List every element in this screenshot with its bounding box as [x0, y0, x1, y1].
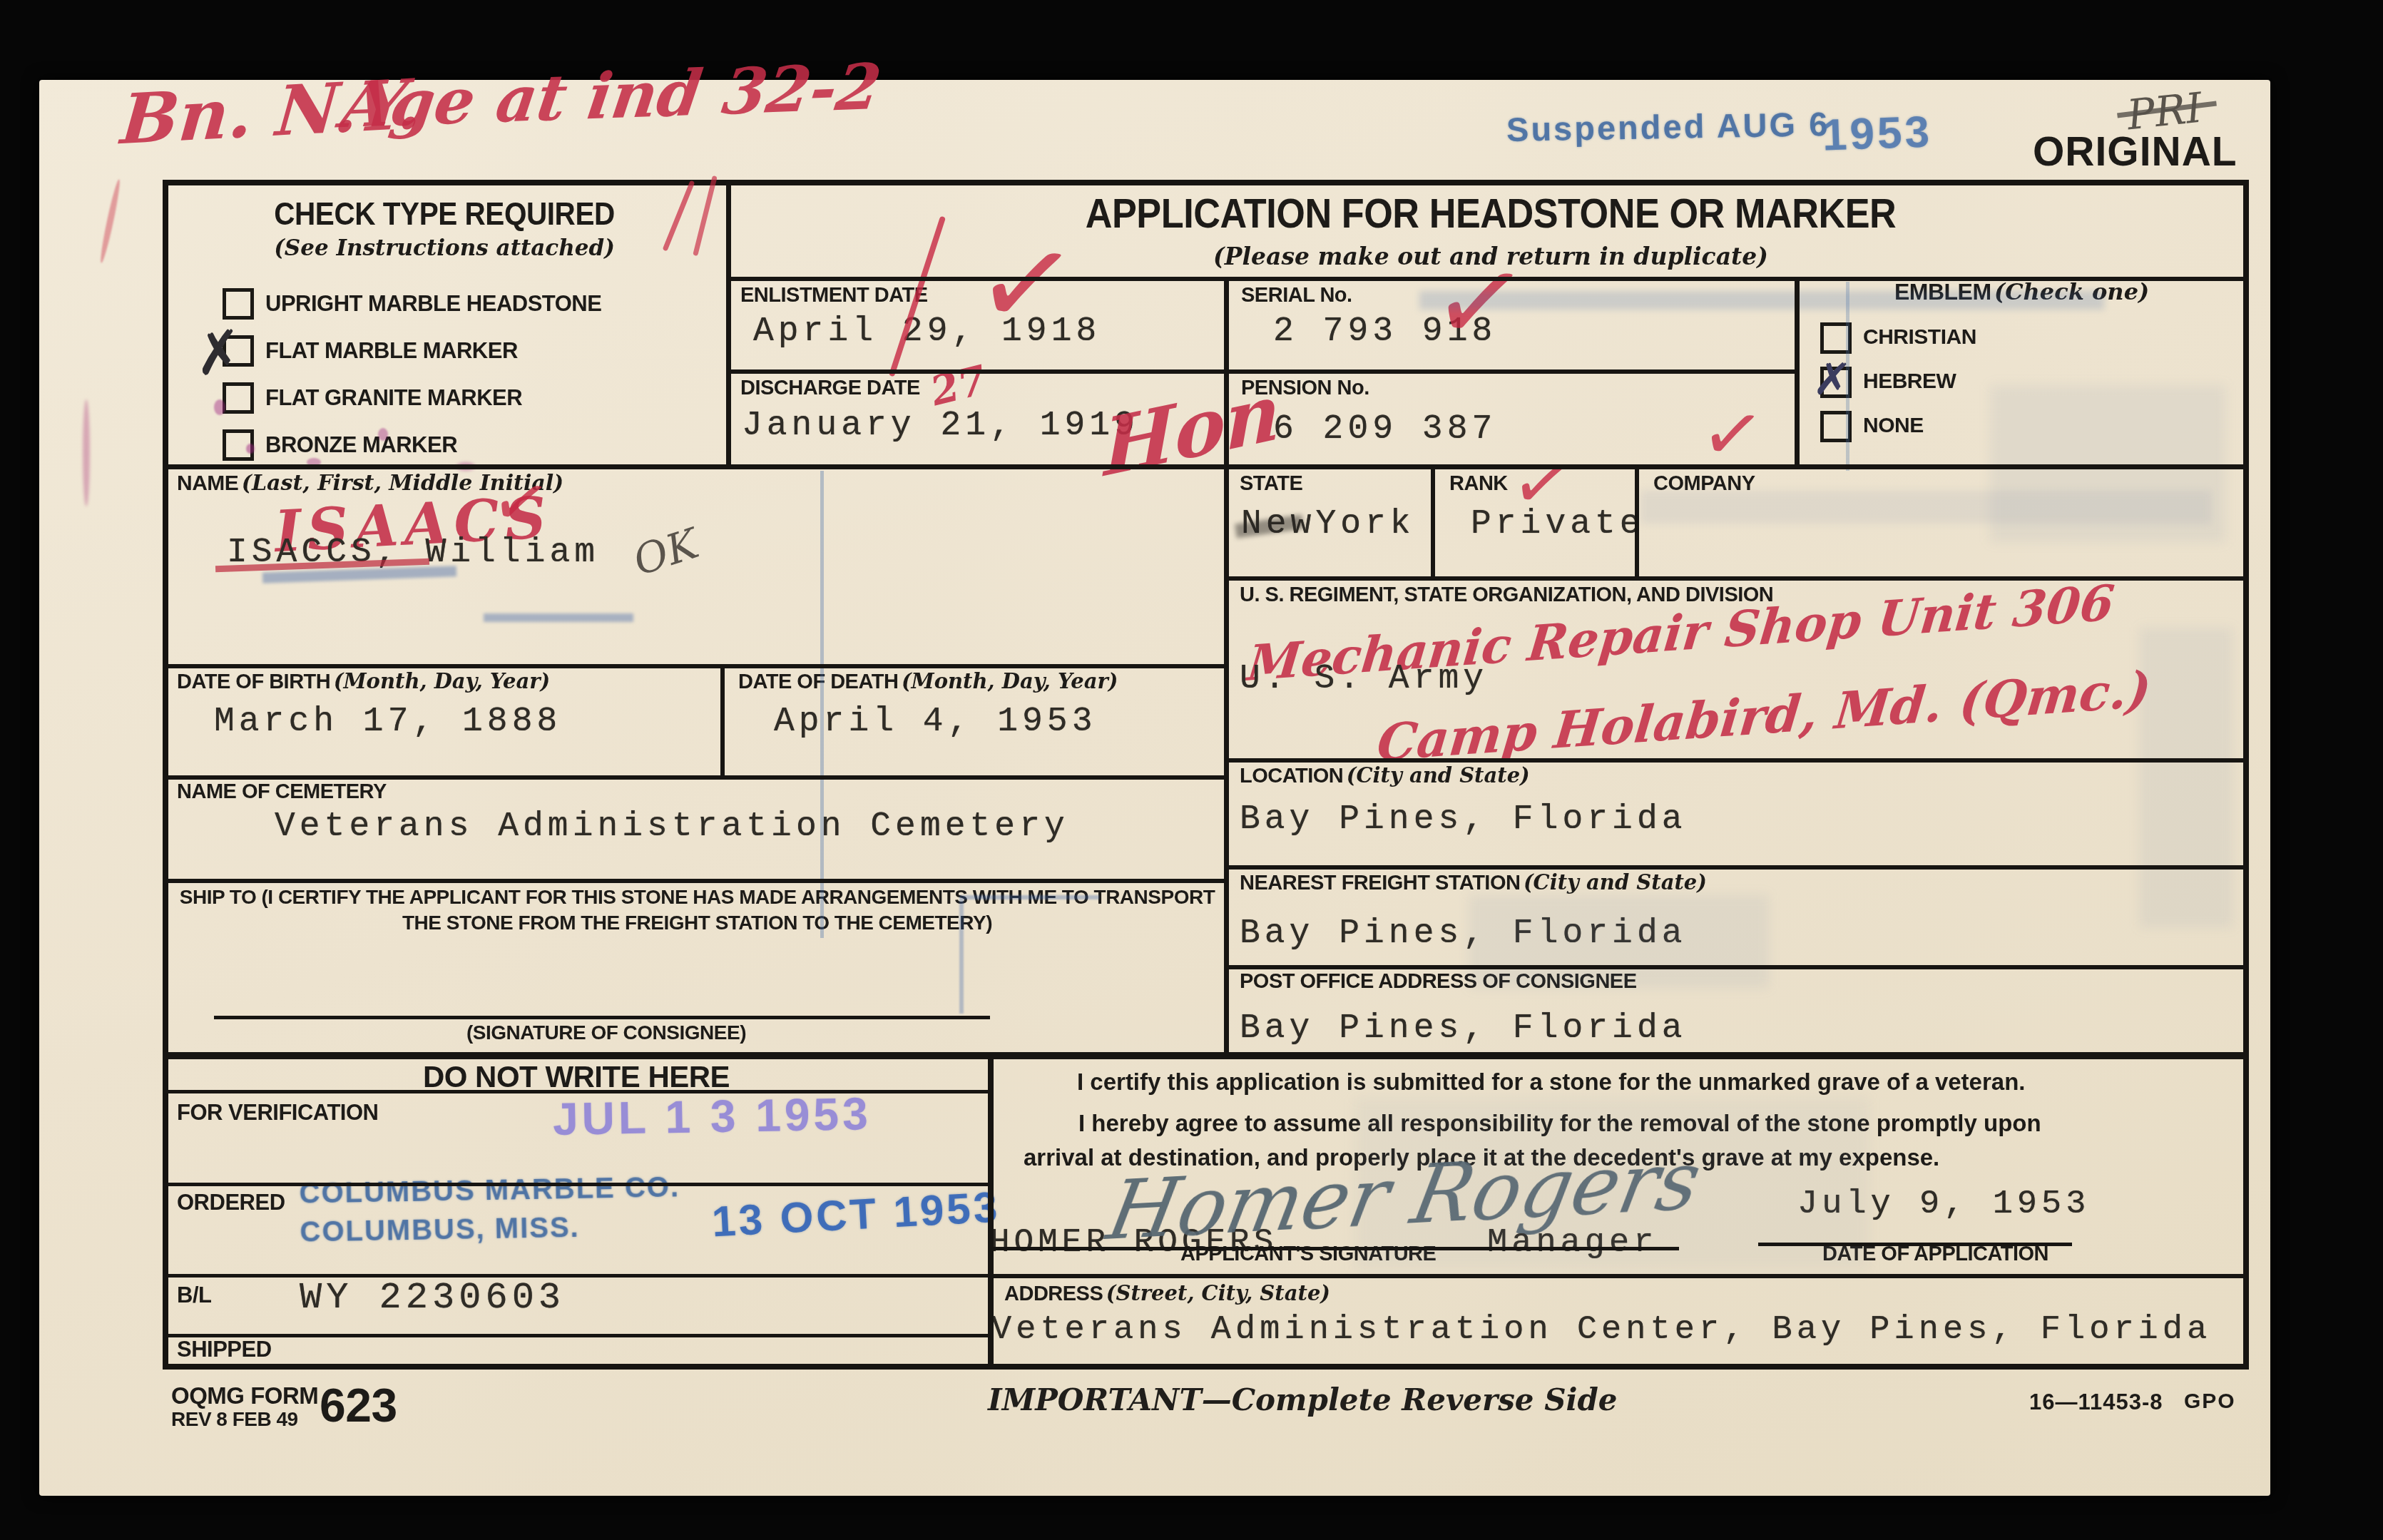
footer-gpo: GPO	[2184, 1389, 2236, 1414]
grid-line	[720, 664, 725, 778]
address-value: Veterans Administration Center, Bay Pine…	[991, 1311, 2211, 1349]
blue-stamp-bleed-corner	[959, 895, 1099, 1014]
ink-splatter	[214, 399, 225, 415]
bleed-through-patch	[1990, 385, 2225, 542]
location-label-paren: (City and State)	[1347, 763, 1530, 787]
suspended-stamp: Suspended AUG 6	[1506, 104, 1830, 149]
grid-line	[163, 464, 2249, 469]
grid-line	[726, 277, 2249, 281]
grid-line	[1224, 965, 2249, 969]
grid-line	[163, 1334, 993, 1337]
grid-line	[988, 1274, 2249, 1278]
bl-value: WY 2230603	[300, 1277, 565, 1319]
certification-para1: I certify this application is submitted …	[1077, 1069, 2025, 1096]
cemetery-value: Veterans Administration Cemetery	[275, 807, 1069, 846]
for-verification-label: FOR VERIFICATION	[177, 1100, 378, 1126]
grid-line	[214, 1016, 990, 1019]
footer-print-code: 16—11453-8	[2029, 1389, 2163, 1415]
checkbox-label-flat-granite: FLAT GRANITE MARKER	[265, 385, 522, 411]
address-label-paren: (Street, City, State)	[1106, 1281, 1330, 1305]
checkbox-label-christian: CHRISTIAN	[1863, 325, 1976, 350]
dod-label-paren: (Month, Day, Year)	[902, 669, 1118, 693]
grid-line	[1431, 469, 1435, 579]
grid-line	[163, 1274, 993, 1278]
check-type-subtitle: (See Instructions attached)	[170, 235, 719, 261]
signature-of-consignee-label: (SIGNATURE OF CONSIGNEE)	[285, 1021, 927, 1044]
grid-line	[163, 1183, 993, 1186]
blue-line-artifact-center	[820, 471, 824, 938]
pension-no-value: 6 209 387	[1273, 410, 1496, 449]
location-label: LOCATION (City and State)	[1240, 763, 1530, 788]
grid-line	[1224, 758, 2249, 763]
checkbox-label-bronze: BRONZE MARKER	[265, 432, 457, 458]
ordered-stamp-line2: COLUMBUS, MISS.	[300, 1212, 580, 1248]
footer-form-line1: OQMG FORM	[171, 1382, 318, 1409]
ink-splatter	[246, 444, 255, 454]
state-label: STATE	[1240, 472, 1302, 496]
footer-form-line2: REV 8 FEB 49	[171, 1408, 298, 1431]
grid-line	[726, 180, 731, 469]
grid-line	[1635, 469, 1639, 579]
dob-label-main: DATE OF BIRTH	[177, 670, 330, 693]
ordered-stamp-line1: COLUMBUS MARBLE CO.	[299, 1171, 680, 1209]
grid-line	[163, 1052, 2249, 1059]
ordered-label: ORDERED	[177, 1190, 285, 1215]
ordered-company-stamp: COLUMBUS MARBLE CO. COLUMBUS, MISS.	[299, 1168, 680, 1251]
original-label: ORIGINAL	[2033, 128, 2237, 175]
bl-label: B/L	[177, 1283, 211, 1308]
address-label-main: ADDRESS	[1004, 1283, 1103, 1305]
grid-line	[726, 369, 1795, 374]
freight-label-main: NEAREST FREIGHT STATION	[1240, 872, 1520, 894]
serial-no-label: SERIAL No.	[1241, 284, 1352, 307]
dob-label-paren: (Month, Day, Year)	[334, 669, 551, 693]
freight-label-paren: (City and State)	[1524, 870, 1707, 894]
grid-line	[1795, 277, 1800, 469]
location-label-main: LOCATION	[1240, 765, 1343, 787]
suspended-stamp-year: 1953	[1822, 106, 1933, 160]
shipped-label: SHIPPED	[177, 1337, 272, 1362]
verification-date-stamp: JUL 1 3 1953	[552, 1087, 872, 1146]
grid-line	[163, 879, 1229, 883]
dob-label: DATE OF BIRTH (Month, Day, Year)	[177, 669, 550, 694]
ink-streak-left-margin	[83, 399, 90, 506]
freight-label: NEAREST FREIGHT STATION (City and State)	[1240, 870, 1707, 895]
grid-line	[988, 1052, 994, 1370]
grid-line	[1224, 865, 2249, 870]
regiment-typed-value: U. S. Army	[1240, 660, 1488, 698]
dod-label: DATE OF DEATH (Month, Day, Year)	[738, 669, 1118, 694]
check-type-title: CHECK TYPE REQUIRED	[198, 195, 692, 233]
dod-label-main: DATE OF DEATH	[738, 670, 898, 693]
scanned-document: Bn. N.Y. Age at ind 32-2 Suspended AUG 6…	[0, 0, 2383, 1540]
blue-line-artifact-emblem	[1846, 282, 1849, 471]
checkbox-upright-marble-headstone	[223, 288, 254, 320]
checkbox-label-none: NONE	[1863, 414, 1924, 438]
checkbox-flat-granite-marker	[223, 382, 254, 414]
dob-value: March 17, 1888	[214, 703, 561, 741]
grid-line	[163, 775, 1229, 780]
checkmark-flat-marble: ✗	[190, 317, 246, 390]
checkbox-label-hebrew: HEBREW	[1863, 369, 1956, 394]
po-address-value: Bay Pines, Florida	[1240, 1009, 1686, 1048]
grid-line	[163, 664, 1229, 668]
grid-line	[993, 1247, 1679, 1250]
bleed-through-patch	[2140, 628, 2233, 927]
cemetery-label: NAME OF CEMETERY	[177, 780, 387, 804]
rank-label: RANK	[1449, 472, 1508, 496]
address-label: ADDRESS (Street, City, State)	[1004, 1281, 1330, 1306]
red-checkmark-enlistment: ✓	[966, 208, 1087, 362]
checkbox-label-upright-marble: UPRIGHT MARBLE HEADSTONE	[265, 291, 601, 317]
footer-important: IMPORTANT—Complete Reverse Side	[988, 1382, 1618, 1417]
location-value: Bay Pines, Florida	[1240, 800, 1686, 839]
grid-line	[1758, 1243, 2072, 1246]
grid-line	[1224, 576, 2249, 581]
name-label-main: NAME	[177, 471, 238, 495]
blue-underline-first-name	[484, 613, 633, 622]
ink-splatter	[378, 428, 388, 441]
checkbox-label-flat-marble: FLAT MARBLE MARKER	[265, 338, 518, 364]
grid-line	[163, 1090, 993, 1093]
blue-smudge-serial	[1419, 291, 2104, 310]
bleed-through-patch	[1469, 895, 1769, 988]
discharge-date-label: DISCHARGE DATE	[740, 377, 920, 400]
enlistment-date-label: ENLISTMENT DATE	[740, 284, 928, 307]
footer-form-number: 623	[320, 1378, 397, 1432]
